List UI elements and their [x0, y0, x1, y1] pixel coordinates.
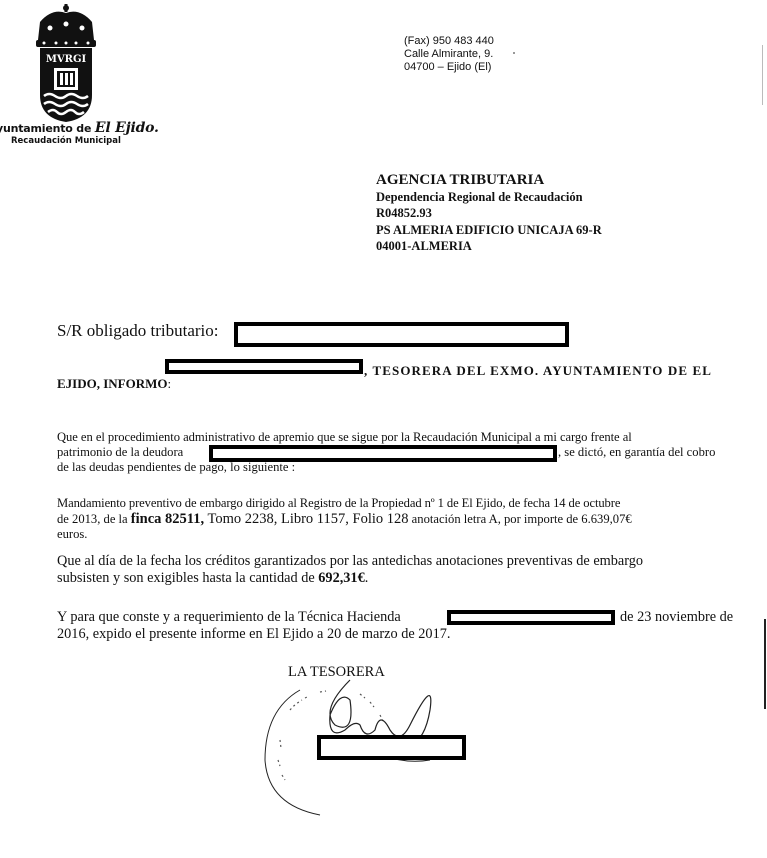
para2-line3: euros. — [57, 527, 87, 542]
para2-line2: de 2013, de la finca 82511, Tomo 2238, L… — [57, 511, 632, 528]
para4-line1a: Y para que conste y a requerimiento de l… — [57, 609, 401, 626]
outstanding-amount: 692,31€ — [318, 570, 364, 586]
para3-line2: subsisten y son exigibles hasta la canti… — [57, 570, 368, 587]
para3-period: . — [365, 570, 369, 586]
redacted-taxpayer-name — [234, 322, 569, 347]
recipient-department: Dependencia Regional de Recaudación — [376, 189, 602, 206]
sender-street: Calle Almirante, 9. — [404, 48, 494, 61]
registry-reference: Tomo 2238, Libro 1157, Folio 128 — [204, 511, 408, 527]
para1-line2b: , se dictó, en garantía del cobro — [558, 445, 715, 460]
recipient-name: AGENCIA TRIBUTARIA — [376, 172, 602, 189]
intro-title-part2: EJIDO, INFORMO: — [57, 376, 171, 392]
signatory-title: LA TESORERA — [288, 664, 385, 681]
para4-line1b: de 23 noviembre de — [620, 609, 733, 626]
sender-city: 04700 – Ejido (El) — [404, 61, 494, 74]
sender-contact: (Fax) 950 483 440 Calle Almirante, 9. 04… — [404, 35, 494, 74]
municipality-name-script: El Ejido. — [95, 120, 159, 136]
municipality-name: yuntamiento de El Ejido. — [0, 120, 159, 136]
informo-label: EJIDO, INFORMO — [57, 376, 168, 391]
scan-edge-mark — [762, 45, 763, 105]
informo-colon: : — [168, 376, 172, 391]
recipient-address: AGENCIA TRIBUTARIA Dependencia Regional … — [376, 172, 602, 255]
para3-line1: Que al día de la fecha los créditos gara… — [57, 553, 643, 570]
redacted-signatory-name — [317, 735, 466, 760]
department-name: Recaudación Municipal — [11, 136, 121, 146]
recipient-city: 04001-ALMERIA — [376, 238, 602, 255]
para1-line2a: patrimonio de la deudora — [57, 445, 183, 460]
intro-title-part1: , TESORERA DEL EXMO. AYUNTAMIENTO DE EL — [364, 363, 712, 379]
para1-line3: de las deudas pendientes de pago, lo sig… — [57, 460, 295, 475]
recipient-code: R04852.93 — [376, 205, 602, 222]
subject-label: S/R obligado tributario: — [57, 321, 219, 341]
svg-text:MVRGI: MVRGI — [46, 54, 87, 65]
redacted-technician-name — [447, 610, 615, 625]
scan-speck — [513, 52, 515, 54]
redacted-treasurer-name — [165, 359, 363, 374]
embargo-amount-text: anotación letra A, por importe de 6.639,… — [409, 512, 632, 526]
para2-line1: Mandamiento preventivo de embargo dirigi… — [57, 496, 620, 511]
fax-number: (Fax) 950 483 440 — [404, 35, 494, 48]
para4-line2: 2016, expido el presente informe en El E… — [57, 626, 450, 643]
para1-line1: Que en el procedimiento administrativo d… — [57, 430, 632, 445]
finca-number: finca 82511, — [131, 511, 204, 527]
recipient-street: PS ALMERIA EDIFICIO UNICAJA 69-R — [376, 222, 602, 239]
scan-edge-mark-right — [764, 619, 766, 709]
